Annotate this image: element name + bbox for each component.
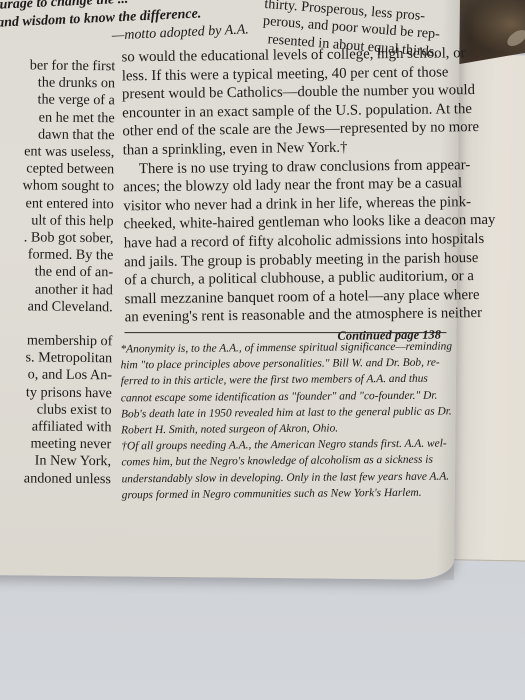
text-line: o, and Los An- [0,366,112,385]
text-line: whom sought to [0,177,114,196]
text-line: affiliated with [0,418,112,437]
photo-highlight [505,27,525,49]
text-line: an evening's rent is reasonable and the … [125,305,445,328]
text-line: andoned unless [0,470,111,489]
footnote-divider [124,332,446,333]
text-line: ent was useless, [0,143,114,162]
text-line: and Cleveland. [0,298,113,317]
text-line: . Bob got sober, [0,229,114,248]
text-line: ult of this help [0,212,114,231]
text-line: another it had [0,281,113,300]
text-line: ber for the first [0,57,115,76]
text-line: clubs exist to [0,401,112,420]
text-line: cepted between [0,160,114,179]
paragraph-gap [0,315,113,333]
text-line: dawn that the [0,126,115,145]
motto-block: courage to change the ... and wisdom to … [0,0,272,51]
photo-scene: courage to change the ... and wisdom to … [0,0,525,700]
text-line: membership of [0,332,112,351]
text-line: the verge of a [0,91,115,110]
text-line: meeting never [0,435,111,454]
magazine-page: courage to change the ... and wisdom to … [0,0,460,580]
text-line: In New York, [0,452,111,471]
text-line: en he met the [0,109,115,128]
text-line: the end of an- [0,263,113,282]
text-line: other end of the scale are the Jews—repr… [122,119,442,142]
text-line: the drunks on [0,74,115,93]
footnote-line: groups formed in Negro communities such … [122,484,452,503]
text-line: s. Metropolitan [0,349,112,368]
text-line: formed. By the [0,246,113,265]
footnote-line: Bob's death late in 1950 revealed him at… [121,403,451,422]
text-line: ent entered into [0,195,114,214]
left-column: ber for the first the drunks on the verg… [0,57,115,488]
text-line: ty prisons have [0,384,112,403]
footnotes: *Anonymity is, to the A.A., of immense s… [120,339,451,504]
main-column: so would the educational levels of colle… [121,44,445,347]
